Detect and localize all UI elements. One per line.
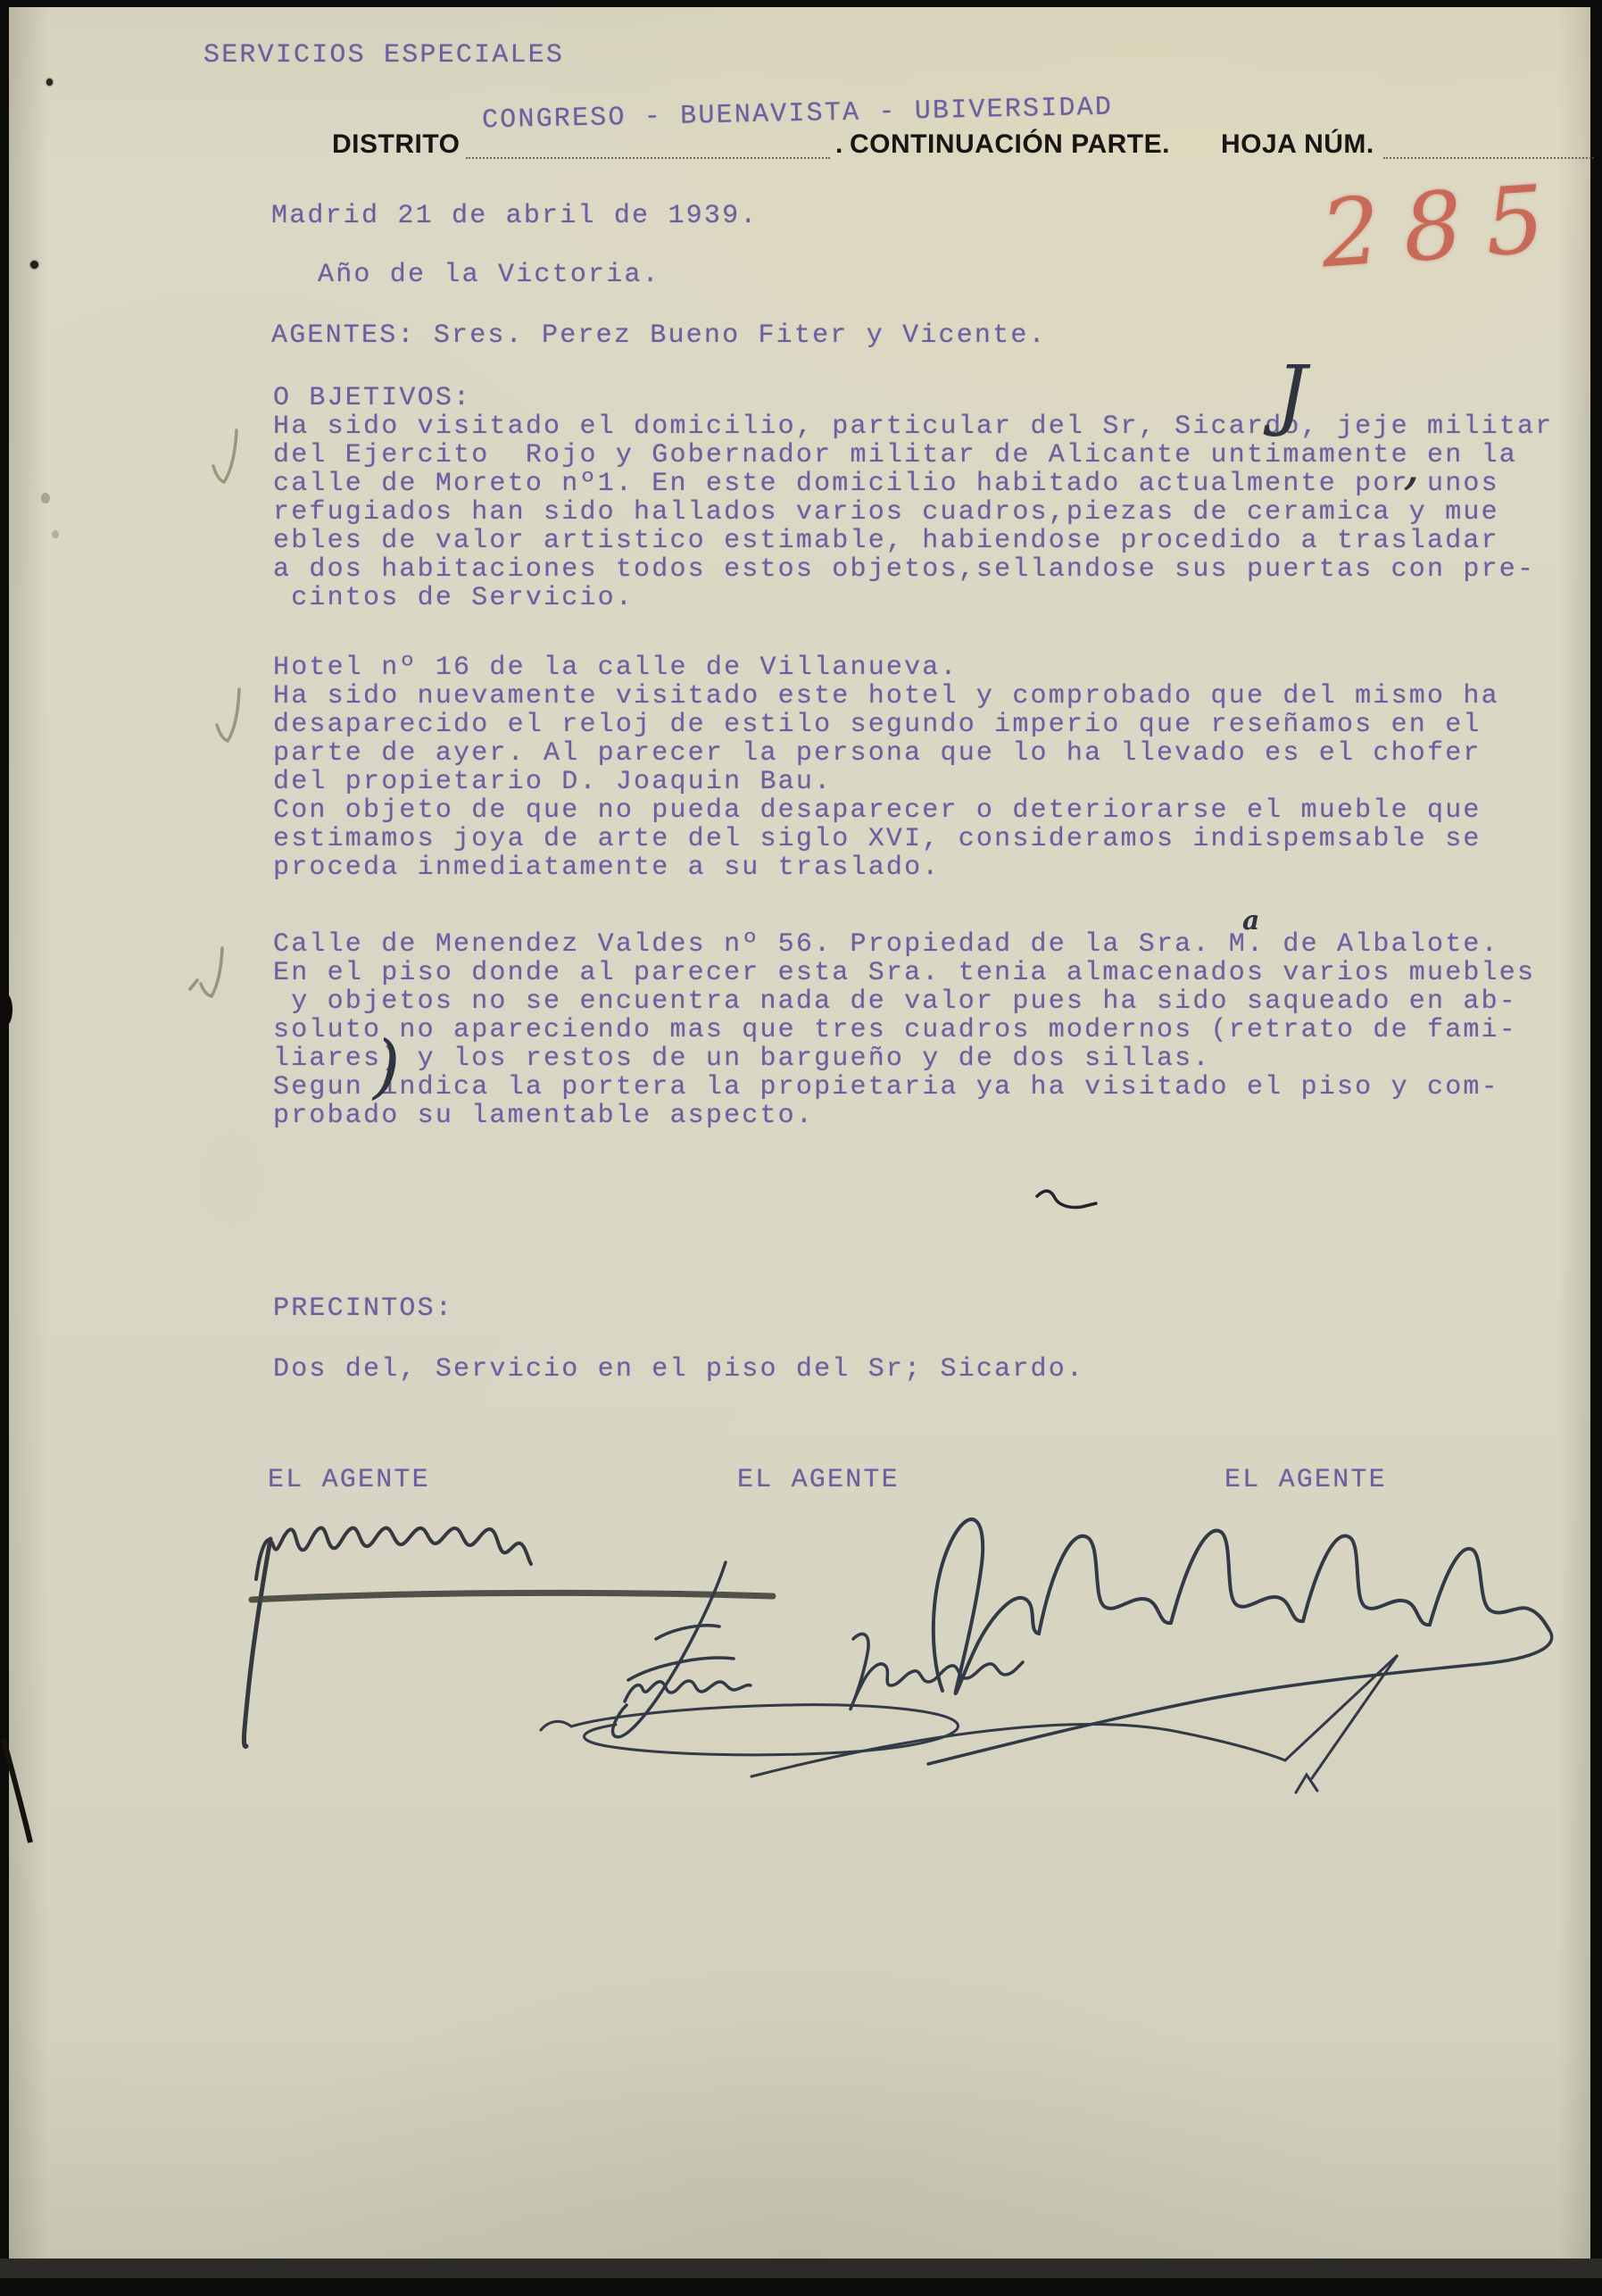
form-sheet-label: HOJA NÚM. <box>1221 130 1374 159</box>
form-district-label: DISTRITO <box>332 130 460 159</box>
typed-dateline: Madrid 21 de abril de 1939. <box>271 202 758 230</box>
objetivos-paragraph-1: Ha sido visitado el domicilio, particula… <box>273 412 1553 612</box>
agent-label-3: EL AGENTE <box>1224 1466 1387 1494</box>
typed-motto: Año de la Victoria. <box>318 261 660 289</box>
agent-label-2: EL AGENTE <box>737 1466 900 1494</box>
agent-label-1: EL AGENTE <box>268 1466 430 1494</box>
typed-service-title: SERVICIOS ESPECIALES <box>203 41 564 70</box>
handwritten-closing-paren: ) <box>373 1027 400 1107</box>
paper-hole <box>52 530 59 538</box>
objetivos-heading: O BJETIVOS: <box>273 384 471 412</box>
scanner-edge <box>0 2259 1602 2278</box>
hotel-heading: Hotel nº 16 de la calle de Villanueva. <box>273 653 959 682</box>
form-period: . <box>835 130 843 159</box>
street-heading: Calle de Menendez Valdes nº 56. Propieda… <box>273 930 1499 959</box>
handwritten-correction-j: J <box>1276 350 1307 439</box>
objetivos-paragraph-2: Ha sido nuevamente visitado este hotel y… <box>273 682 1499 882</box>
form-continuation-label: CONTINUACIÓN PARTE. <box>850 130 1170 159</box>
typed-agents: AGENTES: Sres. Perez Bueno Fiter y Vicen… <box>271 321 1047 350</box>
handwritten-superscript-a: a <box>1242 905 1259 936</box>
paper-hole <box>41 493 50 503</box>
objetivos-paragraph-3: En el piso donde al parecer esta Sra. te… <box>273 959 1535 1130</box>
ink-spot <box>30 261 38 269</box>
scan-background: SERVICIOS ESPECIALES CONGRESO - BUENAVIS… <box>0 0 1602 2296</box>
dotted-leader-sheet <box>1383 130 1594 159</box>
precintos-body: Dos del, Servicio en el piso del Sr; Sic… <box>273 1355 1084 1384</box>
handwritten-comma: , <box>1403 434 1420 496</box>
dotted-leader-district <box>466 130 830 159</box>
precintos-heading: PRECINTOS: <box>273 1294 453 1323</box>
sheet-number-handwritten: 285 <box>1317 163 1571 289</box>
ink-spot <box>46 79 53 86</box>
